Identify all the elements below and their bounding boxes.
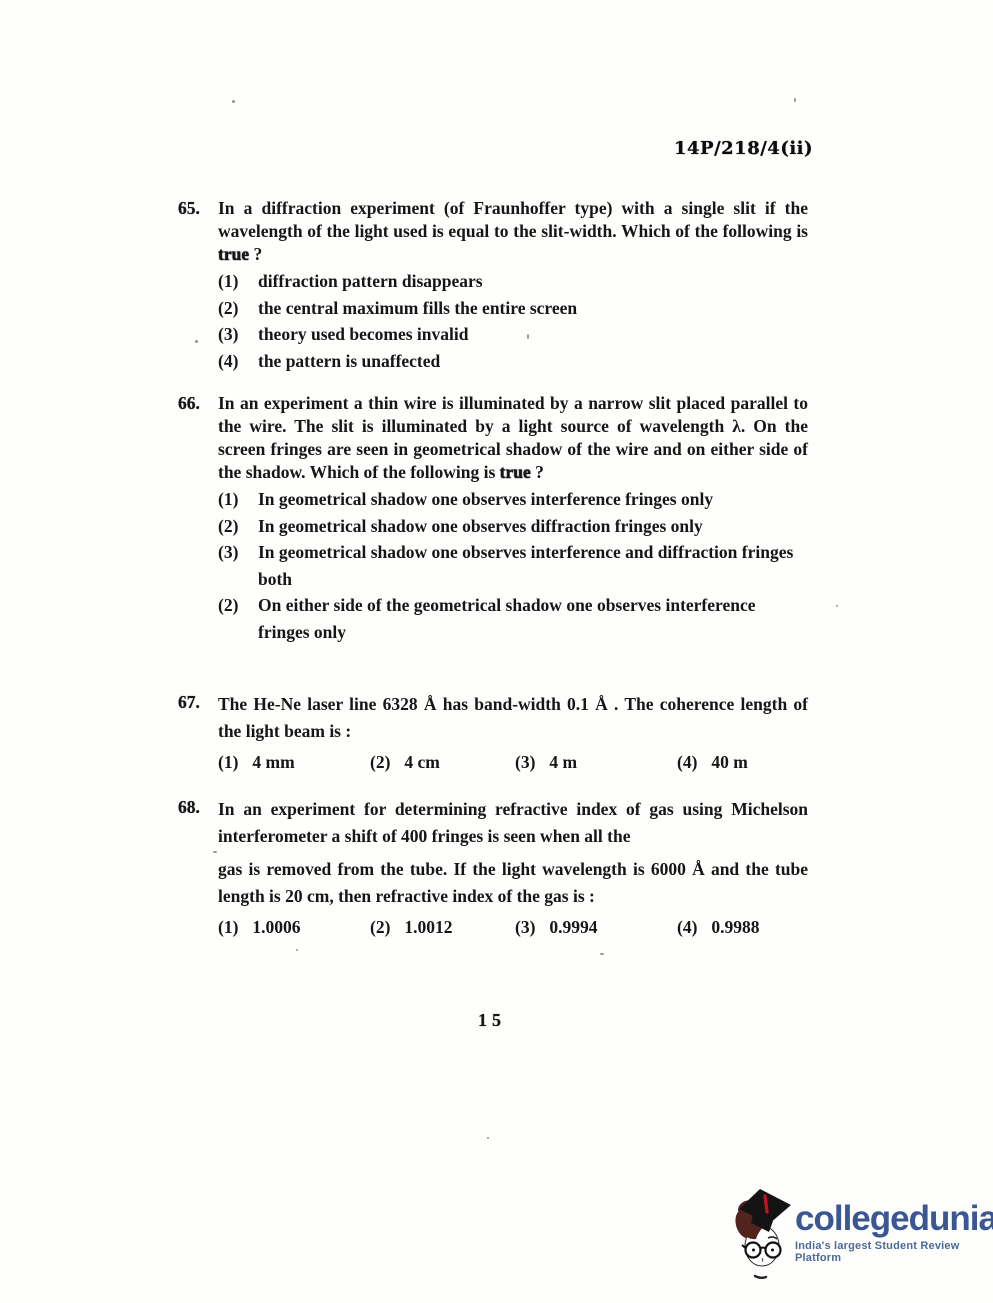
option: (4) 0.9988 [677, 914, 808, 941]
option: (4) 40 m [677, 749, 808, 776]
scan-speck [195, 340, 198, 343]
question-text: In an experiment for determining refract… [218, 796, 808, 850]
brand-wordmark: collegedunia [795, 1202, 993, 1236]
option-label: (1) [218, 914, 238, 941]
page-number: 15 [437, 1010, 547, 1031]
exam-paper-page: 14P/218/4(ii) 65. In a diffraction exper… [0, 0, 993, 1303]
scan-speck [600, 953, 604, 955]
question-number: 67. [178, 691, 218, 714]
option-label: (3) [515, 749, 535, 776]
question-number: 66. [178, 392, 218, 415]
scan-speck [527, 334, 529, 339]
paper-code: 14P/218/4(ii) [674, 138, 813, 159]
question-67: 67. The He-Ne laser line 6328 Å has band… [178, 691, 808, 776]
option: (2) On either side of the geometrical sh… [218, 592, 808, 645]
scan-speck [487, 1137, 489, 1139]
option-label: (4) [677, 914, 697, 941]
option-text: 0.9988 [711, 914, 759, 941]
option: (3) 4 m [515, 749, 677, 776]
brand-tagline: India's largest Student Review Platform [795, 1240, 993, 1264]
option-text: 40 m [711, 749, 747, 776]
option: (2) 4 cm [370, 749, 515, 776]
question-number: 68. [178, 796, 218, 819]
option-text: In geometrical shadow one observes inter… [258, 539, 808, 592]
option: (2) the central maximum fills the entire… [218, 295, 808, 322]
question-text: In a diffraction experiment (of Fraunhof… [218, 197, 808, 266]
scan-speck [296, 949, 298, 951]
option-text: 4 cm [404, 749, 439, 776]
option-text: On either side of the geometrical shadow… [258, 592, 808, 645]
question-65: 65. In a diffraction experiment (of Frau… [178, 197, 808, 374]
option-text: the pattern is unaffected [258, 348, 808, 375]
option: (1) In geometrical shadow one observes i… [218, 486, 808, 513]
option-label: (2) [218, 295, 258, 322]
question-number: 65. [178, 197, 218, 220]
options-list: (1) diffraction pattern disappears (2) t… [218, 268, 808, 374]
option: (3) In geometrical shadow one observes i… [218, 539, 808, 592]
option-text: diffraction pattern disappears [258, 268, 808, 295]
option-label: (4) [218, 348, 258, 375]
option-label: (1) [218, 486, 258, 513]
question-text-continued: gas is removed from the tube. If the lig… [218, 856, 808, 910]
question-text: In an experiment a thin wire is illumina… [218, 392, 808, 484]
option-label: (2) [370, 914, 390, 941]
options-row: (1) 4 mm (2) 4 cm (3) 4 m (4) 40 m [218, 749, 808, 776]
option-text: the central maximum fills the entire scr… [258, 295, 808, 322]
scan-speck [794, 98, 796, 102]
option-text: 1.0012 [404, 914, 452, 941]
option: (3) 0.9994 [515, 914, 677, 941]
option-label: (1) [218, 749, 238, 776]
option-text: 0.9994 [549, 914, 597, 941]
scan-speck [213, 851, 217, 853]
option-text: In geometrical shadow one observes inter… [258, 486, 808, 513]
logo-text: collegedunia .com India's largest Studen… [795, 1188, 993, 1264]
scan-speck [836, 605, 838, 607]
options-list: (1) In geometrical shadow one observes i… [218, 486, 808, 645]
question-66: 66. In an experiment a thin wire is illu… [178, 392, 808, 645]
options-row: (1) 1.0006 (2) 1.0012 (3) 0.9994 (4) 0.9… [218, 914, 808, 941]
option: (1) diffraction pattern disappears [218, 268, 808, 295]
option: (2) 1.0012 [370, 914, 515, 941]
option-label: (3) [218, 539, 258, 592]
option-label: (2) [218, 513, 258, 540]
emphasized-word: true [500, 462, 531, 482]
option: (1) 4 mm [218, 749, 370, 776]
option-label: (3) [515, 914, 535, 941]
option-label: (4) [677, 749, 697, 776]
option: (4) the pattern is unaffected [218, 348, 808, 375]
option: (3) theory used becomes invalid [218, 321, 808, 348]
mascot-graduate-icon [731, 1188, 793, 1289]
question-68: 68. In an experiment for determining ref… [178, 796, 808, 941]
option-label: (1) [218, 268, 258, 295]
option-text: theory used becomes invalid [258, 321, 808, 348]
option: (2) In geometrical shadow one observes d… [218, 513, 808, 540]
option: (1) 1.0006 [218, 914, 370, 941]
option-text: 4 m [549, 749, 577, 776]
emphasized-word: true [218, 244, 249, 264]
question-text: The He-Ne laser line 6328 Å has band-wid… [218, 691, 808, 745]
option-text: In geometrical shadow one observes diffr… [258, 513, 808, 540]
option-text: 4 mm [252, 749, 294, 776]
option-label: (2) [218, 592, 258, 645]
option-text: 1.0006 [252, 914, 300, 941]
scan-speck [232, 100, 235, 103]
option-label: (3) [218, 321, 258, 348]
collegedunia-logo: collegedunia .com India's largest Studen… [731, 1188, 989, 1294]
option-label: (2) [370, 749, 390, 776]
